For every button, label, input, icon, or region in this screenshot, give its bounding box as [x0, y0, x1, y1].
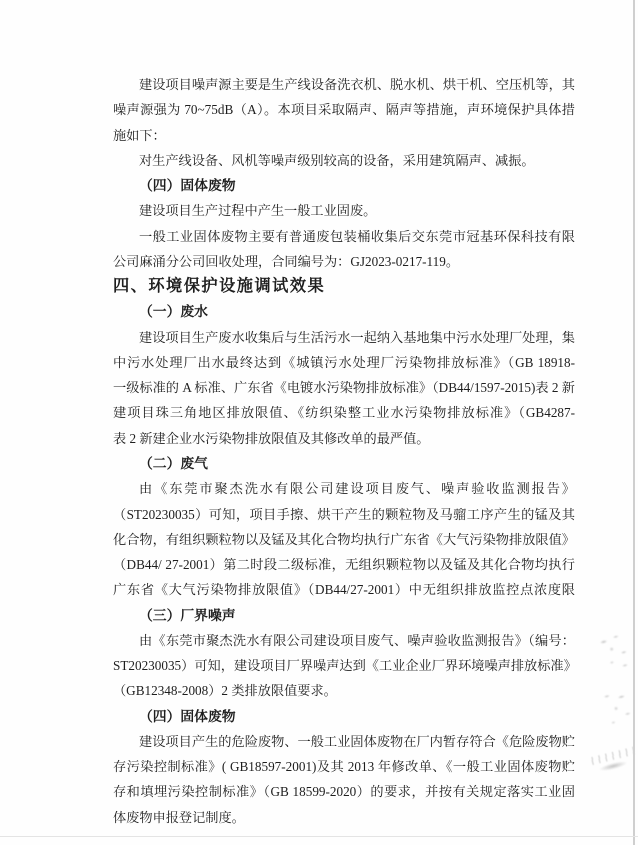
section-heading-waste-gas: （二）废气 — [113, 451, 575, 476]
section-heading-wastewater: （一）废水 — [113, 299, 575, 324]
section-heading-boundary-noise: （三）厂界噪声 — [113, 603, 575, 628]
paragraph-line: ST20230035）可知，建设项目厂界噪声达到《工业企业厂界环境噪声排放标准》 — [113, 653, 575, 678]
paragraph-line: 噪声源强为 70~75dB（A）。本项目采取隔声、隔声等措施，声环境保护具体措 — [113, 97, 575, 122]
paragraph-line: 公司麻涌分公司回收处理，合同编号为：GJ2023-0217-119。 — [113, 249, 575, 274]
scan-ink-smudge — [594, 630, 638, 678]
paragraph-line: 对生产线设备、风机等噪声级别较高的设备，采用建筑隔声、减振。 — [113, 148, 575, 173]
paragraph-line: 建项目珠三角地区排放限值、《纺织染整工业水污染物排放标准》（GB4287-201… — [113, 400, 575, 425]
page-edge-line-vertical — [633, 0, 635, 845]
paragraph-line: （GB12348-2008）2 类排放限值要求。 — [113, 678, 575, 703]
paragraph-line: 化合物，有组织颗粒物以及锰及其化合物均执行广东省《大气污染物排放限值》 — [113, 527, 575, 552]
paragraph-line: 建设项目产生的危险废物、一般工业固体废物在厂内暂存符合《危险废物贮 — [113, 729, 575, 754]
scanned-document-page: 建设项目噪声源主要是生产线设备洗衣机、脱水机、烘干机、空压机等，其 噪声源强为 … — [0, 0, 638, 845]
paragraph-line: 建设项目生产过程中产生一般工业固废。 — [113, 198, 575, 223]
paragraph-line: 存污染控制标准》( GB18597-2001)及其 2013 年修改单、《一般工… — [113, 754, 575, 779]
paragraph-line: 表 2 新建企业水污染物排放限值及其修改单的最严值。 — [113, 426, 575, 451]
section-heading-solid-waste-2: （四）固体废物 — [113, 704, 575, 729]
scan-ink-smudge — [588, 743, 638, 779]
paragraph-line: 一级标准的 A 标准、广东省《电镀水污染物排放标准》（DB44/1597-201… — [113, 375, 575, 400]
scan-ink-smudge — [596, 684, 638, 732]
document-text-block: 建设项目噪声源主要是生产线设备洗衣机、脱水机、烘干机、空压机等，其 噪声源强为 … — [113, 72, 575, 830]
page-edge-line-horizontal — [0, 836, 638, 837]
paragraph-line: （DB44/ 27-2001）第二时段二级标准，无组织颗粒物以及锰及其化合物均执… — [113, 552, 575, 577]
paragraph-line: 一般工业固体废物主要有普通废包装桶收集后交东莞市冠基环保科技有限 — [113, 224, 575, 249]
chapter-heading-environmental-facility-results: 四、环境保护设施调试效果 — [113, 274, 575, 299]
paragraph-line: 建设项目生产废水收集后与生活污水一起纳入基地集中污水处理厂处理，集 — [113, 325, 575, 350]
paragraph-line: 施如下： — [113, 123, 575, 148]
paragraph-line: 中污水处理厂出水最终达到《城镇污水处理厂污染物排放标准》（GB 18918-20… — [113, 350, 575, 375]
paragraph-line: 由《东莞市聚杰洗水有限公司建设项目废气、噪声验收监测报告》 — [113, 476, 575, 501]
paragraph-line: 由《东莞市聚杰洗水有限公司建设项目废气、噪声验收监测报告》（编号： — [113, 628, 575, 653]
paragraph-line: 建设项目噪声源主要是生产线设备洗衣机、脱水机、烘干机、空压机等，其 — [113, 72, 575, 97]
paragraph-line: 存和填埋污染控制标准》（GB 18599-2020）的要求，并按有关规定落实工业… — [113, 779, 575, 804]
section-heading-solid-waste: （四）固体废物 — [113, 173, 575, 198]
paragraph-line: 体废物申报登记制度。 — [113, 805, 575, 830]
paragraph-line: 广东省《大气污染物排放限值》（DB44/27-2001）中无组织排放监控点浓度限… — [113, 577, 575, 602]
paragraph-line: （ST20230035）可知，项目手擦、烘干产生的颗粒物及马骝工序产生的锰及其 — [113, 502, 575, 527]
